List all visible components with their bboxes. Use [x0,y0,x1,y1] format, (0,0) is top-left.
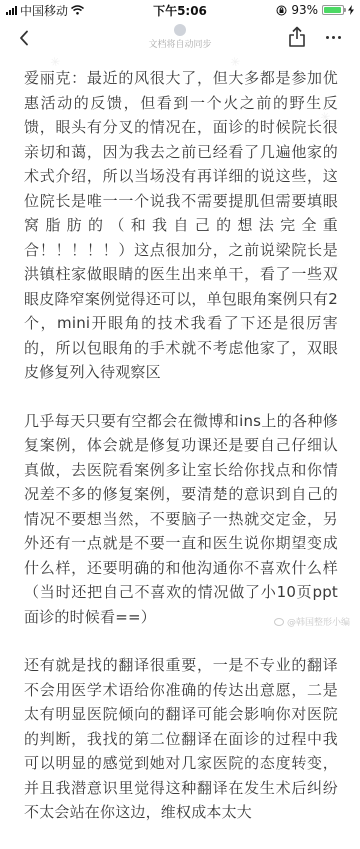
weibo-logo-icon [274,618,284,626]
signal-icon [6,6,17,15]
status-bar: 中国移动 下午5:06 93% [0,0,360,20]
back-button[interactable] [14,26,34,50]
watermark-text: @韩国整形小编 [287,615,350,628]
dot [338,36,341,39]
charging-icon [348,5,354,15]
share-icon [288,26,306,48]
clock: 下午5:06 [153,2,207,19]
share-button[interactable] [288,26,306,48]
weibo-watermark: @韩国整形小编 [274,615,350,628]
dot [326,36,329,39]
battery-percent: 93% [291,3,318,17]
article-paragraph: 爱丽克：最近的风很大了，但大多都是参加优惠活动的反馈，但看到一个火之前的野生反馈… [24,66,338,385]
carrier-name: 中国移动 [20,2,68,19]
sync-status: 文档将自动同步 [130,24,230,50]
sync-status-text: 文档将自动同步 [130,37,230,50]
wifi-icon [71,5,84,15]
orientation-lock-icon [276,5,287,16]
more-button[interactable] [326,34,346,40]
article-paragraph: 几乎每天只要有空都会在微博和ins上的各种修复案例，体会就是修复功课还是要自己仔… [24,409,338,630]
article-body: 爱丽克：最近的风很大了，但大多都是参加优惠活动的反馈，但看到一个火之前的野生反馈… [24,66,338,640]
navbar: 文档将自动同步 [0,20,360,56]
status-left: 中国移动 [6,2,126,19]
battery-icon [322,5,344,15]
status-right: 93% [234,3,354,17]
chevron-left-icon [19,30,29,46]
sync-icon [174,24,186,36]
dot [332,36,335,39]
